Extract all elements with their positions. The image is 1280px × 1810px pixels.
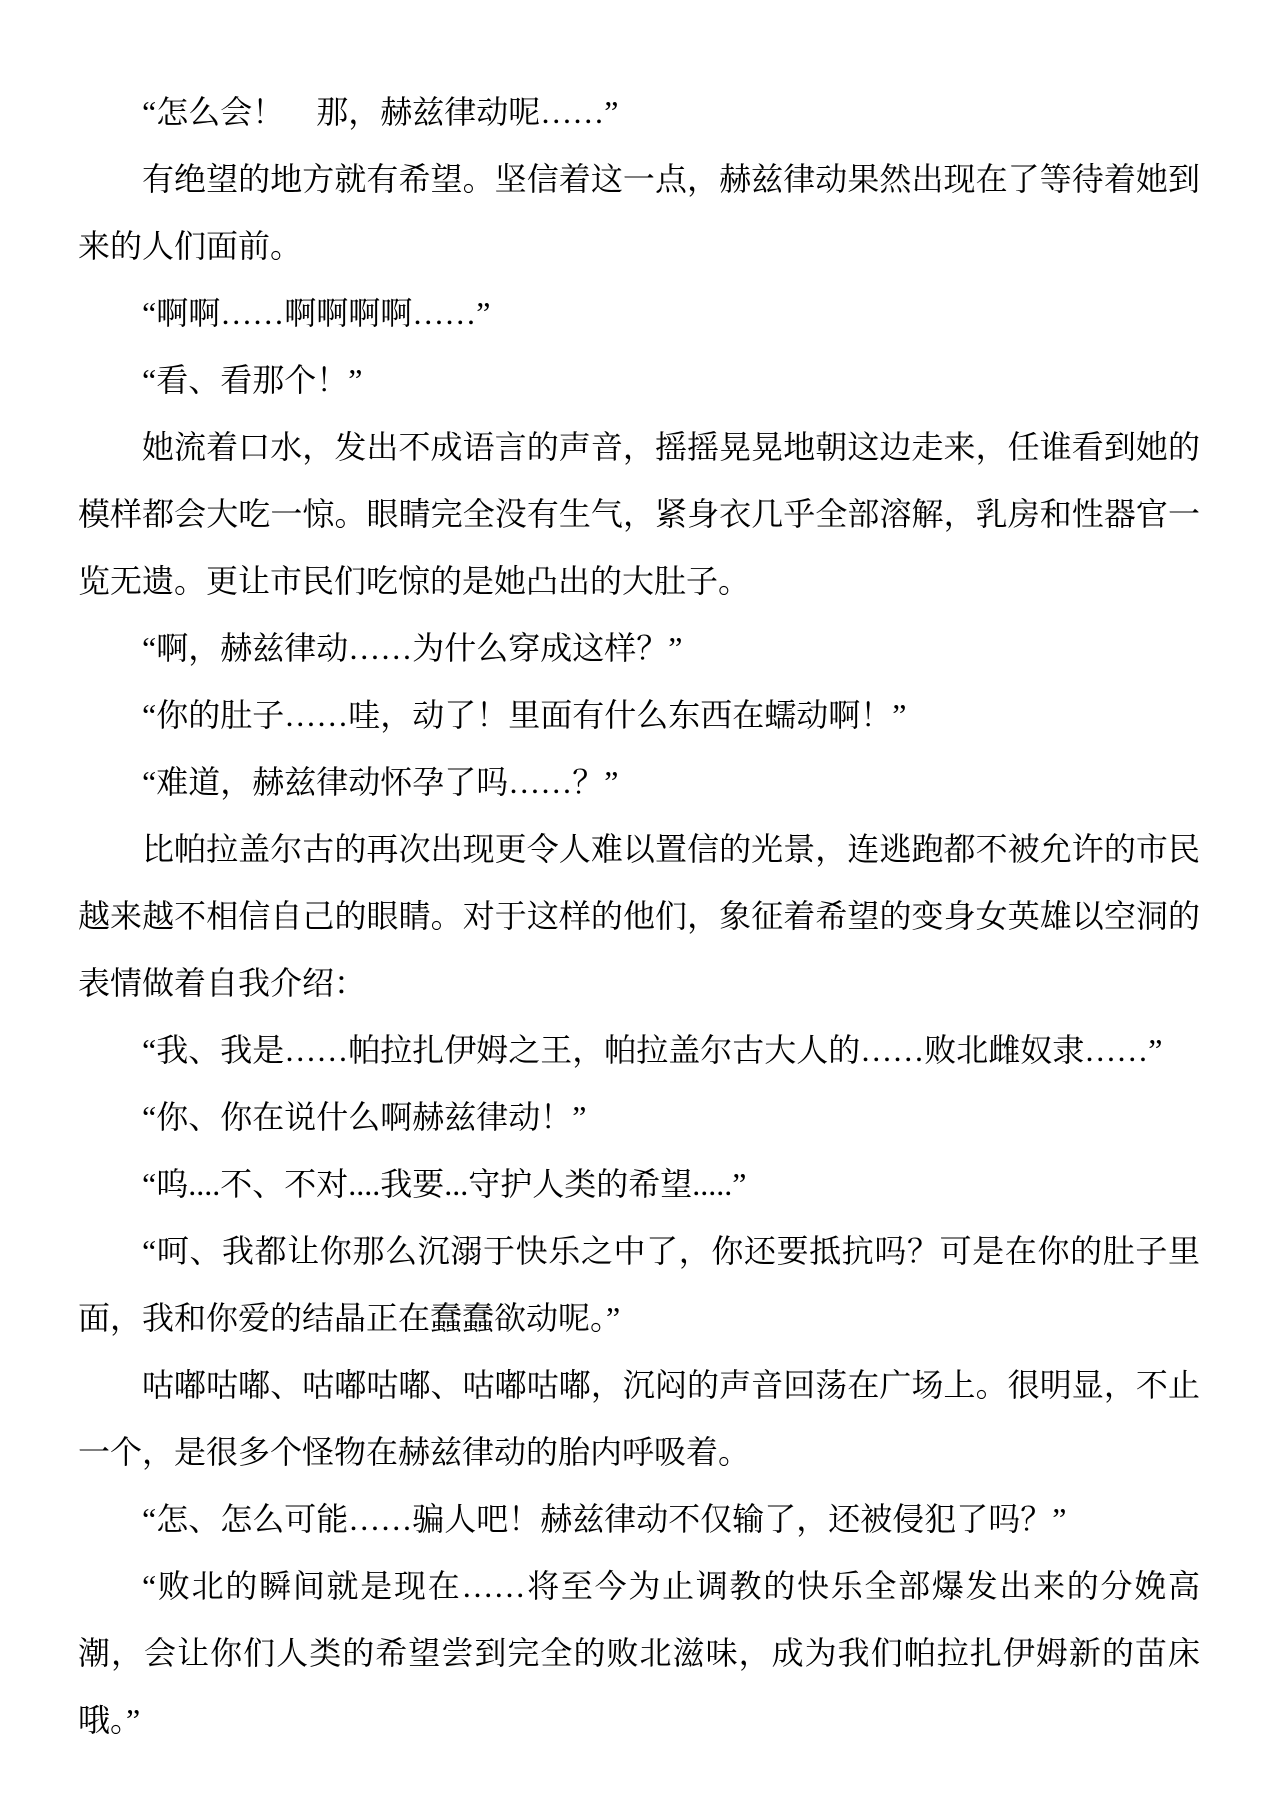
paragraph: “我、我是……帕拉扎伊姆之王，帕拉盖尔古大人的……败北雌奴隶……” [78, 1017, 1200, 1084]
paragraph: “看、看那个！” [78, 347, 1200, 414]
paragraph: “败北的瞬间就是现在……将至今为止调教的快乐全部爆发出来的分娩高潮，会让你们人类… [78, 1553, 1200, 1754]
page-text: “怎么会！ 那，赫兹律动呢……”有绝望的地方就有希望。坚信着这一点，赫兹律动果然… [78, 79, 1200, 1754]
paragraph: “你的肚子……哇，动了！里面有什么东西在蠕动啊！” [78, 682, 1200, 749]
paragraph: “难道，赫兹律动怀孕了吗……？” [78, 749, 1200, 816]
paragraph: “呵、我都让你那么沉溺于快乐之中了，你还要抵抗吗？可是在你的肚子里面，我和你爱的… [78, 1218, 1200, 1352]
paragraph: “啊啊……啊啊啊啊……” [78, 280, 1200, 347]
paragraph: “你、你在说什么啊赫兹律动！” [78, 1084, 1200, 1151]
paragraph: “啊，赫兹律动……为什么穿成这样？” [78, 615, 1200, 682]
paragraph: 有绝望的地方就有希望。坚信着这一点，赫兹律动果然出现在了等待着她到来的人们面前。 [78, 146, 1200, 280]
paragraph: “怎、怎么可能……骗人吧！赫兹律动不仅输了，还被侵犯了吗？” [78, 1486, 1200, 1553]
document-page: “怎么会！ 那，赫兹律动呢……”有绝望的地方就有希望。坚信着这一点，赫兹律动果然… [0, 0, 1280, 1810]
paragraph: “怎么会！ 那，赫兹律动呢……” [78, 79, 1200, 146]
paragraph: 咕嘟咕嘟、咕嘟咕嘟、咕嘟咕嘟，沉闷的声音回荡在广场上。很明显，不止一个，是很多个… [78, 1352, 1200, 1486]
paragraph: 她流着口水，发出不成语言的声音，摇摇晃晃地朝这边走来，任谁看到她的模样都会大吃一… [78, 414, 1200, 615]
paragraph: 比帕拉盖尔古的再次出现更令人难以置信的光景，连逃跑都不被允许的市民越来越不相信自… [78, 816, 1200, 1017]
paragraph: “呜....不、不对....我要...守护人类的希望.....” [78, 1151, 1200, 1218]
